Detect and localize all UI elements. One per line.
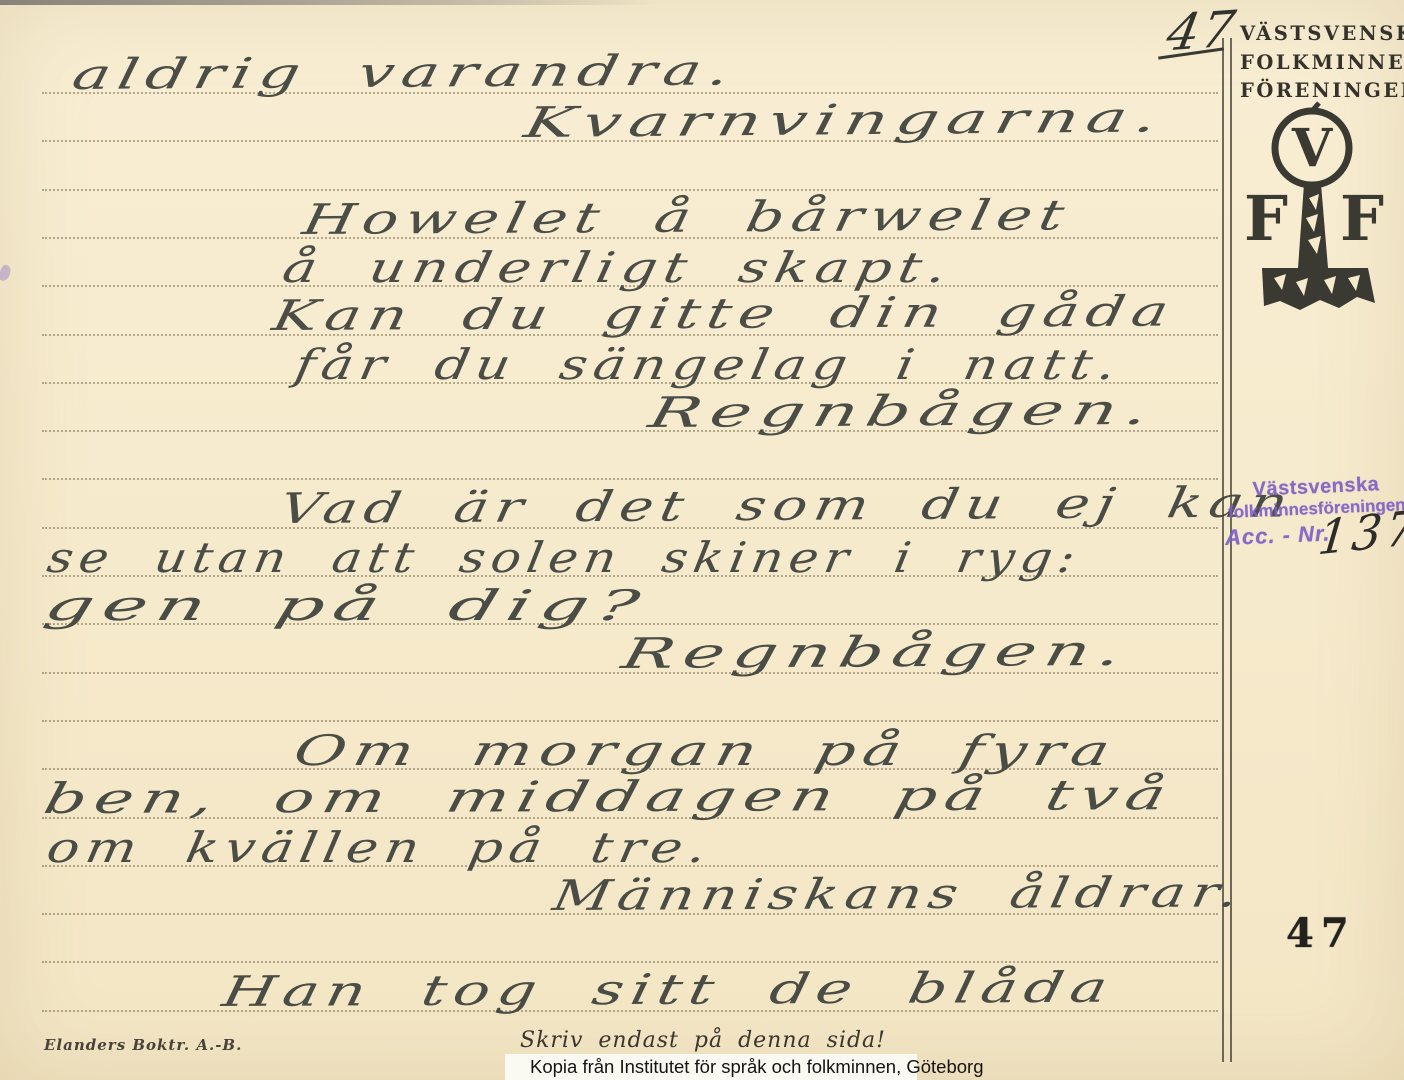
printer-credit: Elanders Boktr. A.-B. bbox=[44, 1036, 242, 1054]
svg-text:F: F bbox=[1244, 182, 1288, 255]
handwritten-line: ben, om middagen på två bbox=[40, 770, 1179, 823]
handwritten-line: aldrig varandra. bbox=[68, 45, 741, 99]
handwritten-line: får du sängelag i natt. bbox=[291, 340, 1126, 389]
ruled-line bbox=[42, 720, 1218, 722]
handwritten-line: å underligt skapt. bbox=[279, 243, 957, 292]
write-only-this-side-instruction: Skriv endast på denna sida! bbox=[520, 1028, 886, 1053]
handwritten-line: se utan att solen skiner i ryg: bbox=[44, 533, 1085, 582]
svg-text:F: F bbox=[1340, 182, 1384, 255]
organisation-header-line: VÄSTSVENSKA bbox=[1240, 20, 1404, 49]
archive-copy-caption: Kopia från Institutet för språk och folk… bbox=[530, 1056, 984, 1078]
organisation-header: VÄSTSVENSKA FOLKMINNES= FÖRENINGEN bbox=[1240, 20, 1404, 106]
scanner-edge-artifact bbox=[0, 0, 660, 5]
handwritten-line: Kan du gitte din gåda bbox=[269, 287, 1180, 340]
handwritten-line: Han tog sitt de blåda bbox=[219, 963, 1119, 1016]
handwritten-line: Vad är det som du ej kan bbox=[276, 478, 1298, 533]
page-number-stamp: 47 bbox=[1286, 910, 1356, 957]
handwritten-answer-regnbagen: Regnbågen. bbox=[617, 626, 1134, 678]
handwritten-line: Howelet å bårwelet bbox=[299, 190, 1075, 244]
handwritten-line: Om morgan på fyra bbox=[290, 726, 1122, 775]
handwritten-answer-manniskans-aldrar: Människans åldrar. bbox=[549, 867, 1248, 920]
svg-text:V: V bbox=[1291, 118, 1334, 179]
handwritten-line: gen på dig? bbox=[40, 581, 654, 630]
scanned-document-page: aldrig varandra. Kvarnvingarna. Howelet … bbox=[0, 0, 1404, 1080]
handwritten-title-kvarnvingarna: Kvarnvingarna. bbox=[520, 92, 1169, 147]
stray-ink-mark bbox=[0, 264, 12, 282]
vff-thors-hammer-logo-icon: V F F bbox=[1236, 100, 1394, 337]
organisation-header-line: FOLKMINNES= bbox=[1240, 49, 1404, 78]
handwritten-answer-regnbagen: Regnbågen. bbox=[644, 385, 1161, 437]
handwritten-line: om kvällen på tre. bbox=[43, 823, 716, 872]
